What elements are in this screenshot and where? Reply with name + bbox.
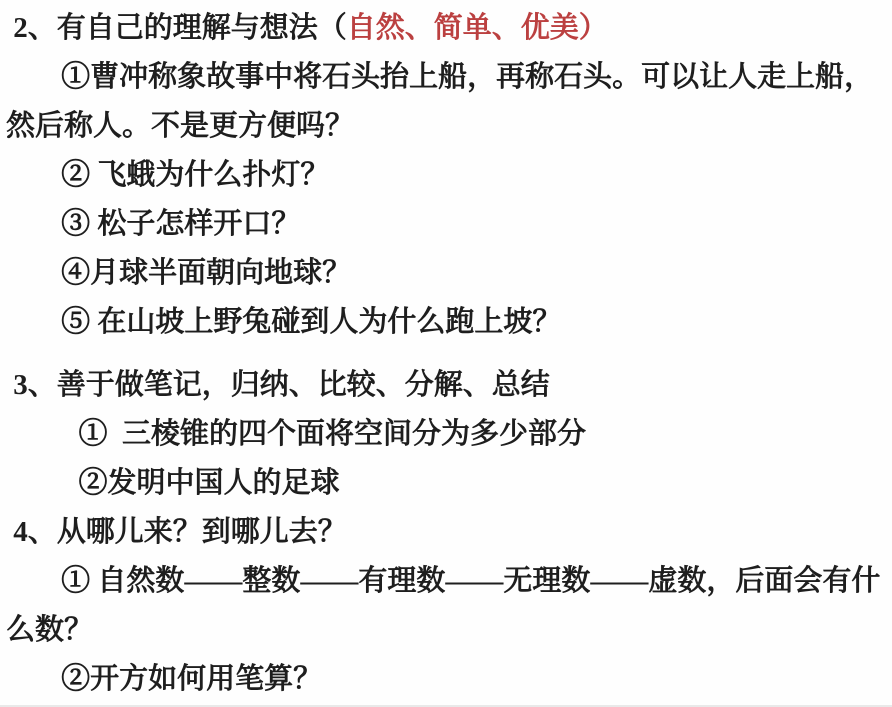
item-2-heading-highlight: 自然、简单、优美） xyxy=(347,12,608,44)
item-3-heading: 3、善于做笔记，归纳、比较、分解、总结 xyxy=(6,361,884,410)
item-4-point-2: ②开方如何用笔算？ xyxy=(6,655,884,704)
item-2-point-2: ② 飞蛾为什么扑灯？ xyxy=(6,151,884,200)
item-2-point-3: ③ 松子怎样开口？ xyxy=(6,200,884,249)
item-2-heading: 2、有自己的理解与想法（自然、简单、优美） xyxy=(6,4,884,53)
document-page: 2、有自己的理解与想法（自然、简单、优美） ①曹冲称象故事中将石头抬上船，再称石… xyxy=(0,0,892,707)
item-2-point-1: ①曹冲称象故事中将石头抬上船，再称石头。可以让人走上船，然后称人。不是更方便吗？ xyxy=(6,53,884,151)
item-3-point-2: ②发明中国人的足球 xyxy=(6,459,884,508)
item-2-point-5: ⑤ 在山坡上野兔碰到人为什么跑上坡？ xyxy=(6,298,884,347)
item-3-point-1: ① 三棱锥的四个面将空间分为多少部分 xyxy=(6,410,884,459)
item-2-heading-text: 2、有自己的理解与想法（ xyxy=(13,12,347,44)
item-4-point-1: ① 自然数——整数——有理数——无理数——虚数，后面会有什么数？ xyxy=(6,557,884,655)
item-4-heading: 4、从哪儿来？到哪儿去？ xyxy=(6,508,884,557)
item-2-point-4: ④月球半面朝向地球？ xyxy=(6,249,884,298)
